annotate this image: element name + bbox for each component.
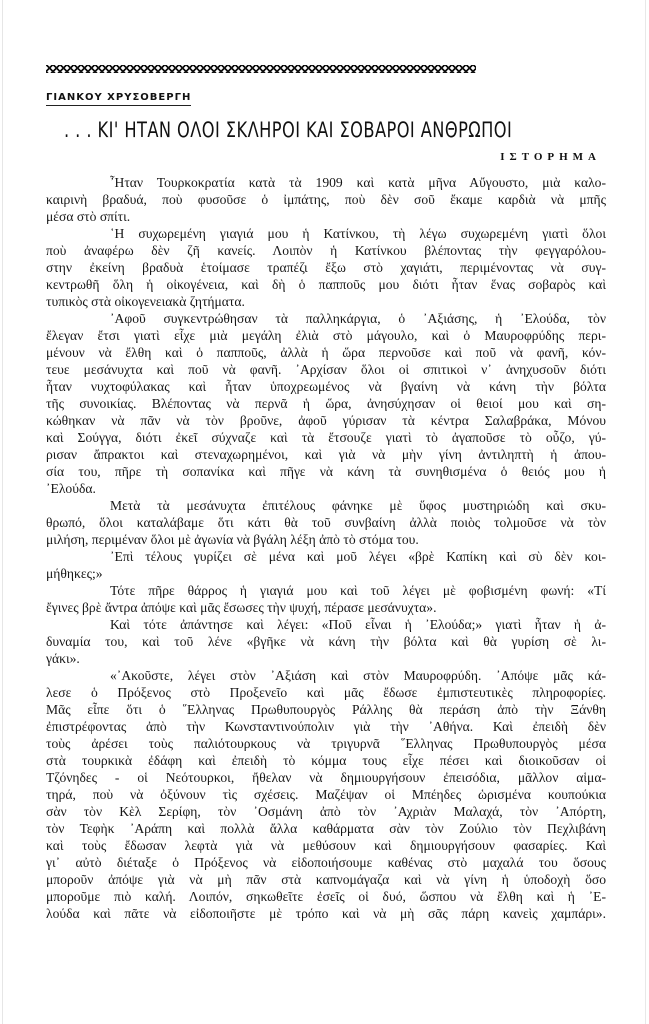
text-line: σία του, πῆρε τὴ σοπανίκα καὶ πῆγε νὰ κά… [46,463,606,480]
text-line: Καὶ τότε ἀπάντησε καὶ λέγει: «Ποῦ εἶναι … [46,616,606,633]
genre-label: ΙΣΤΟΡΗΜΑ [500,151,601,163]
text-line: στην ἐκείνη βραδυὰ ἑτοίμασε τραπέζι ἔξω … [46,259,606,276]
text-line: κώθηκαν νὰ πᾶν νὰ τὸν βροῦνε, ἀφοῦ γύρισ… [46,412,606,429]
text-line: μένουν νὰ ἔλθη καὶ ὁ παπποῦς, ἀλλὰ ἡ ὥρα… [46,344,606,361]
decorative-wave-border [46,65,476,73]
text-line: ἦταν νυχτοφύλακας καὶ ἦταν ὑποχρεωμένος … [46,378,606,395]
author-name: ΓΙΑΝΚΟΥ ΧΡΥΣΟΒΕΡΓΗ [46,92,191,106]
text-line: Μετὰ τὰ μεσάνυχτα ἐπιτέλους φάνηκε μὲ ὕφ… [46,497,606,514]
text-line: ᾿Ελούδα. [46,480,606,497]
text-line: «᾿Ακοῦστε, λέγει στὸν ᾿Αξιάση καὶ στὸν Μ… [46,667,606,684]
page-edge-right [645,0,646,1024]
text-line: μποροῦν ἀπόψε γιὰ νὰ μὴ πᾶν στὰ καπνομάγ… [46,871,606,888]
text-line: κεντρωθῆ ὅλη ἡ οἰκογένεια, καὶ δὴ ὁ παππ… [46,276,606,293]
text-line: τευε μεσάνυχτα καὶ ποῦ νὰ φανῆ. ᾿Αρχίσαν… [46,361,606,378]
story-title: . . . ΚΙ' ΗΤΑΝ ΟΛΟΙ ΣΚΛΗΡΟΙ ΚΑΙ ΣΟΒΑΡΟΙ … [64,118,511,142]
text-line: καιρινὴ βραδυά, ποὺ φυσοῦσε ὁ ἰμπάτης, π… [46,191,606,208]
text-line: τῆς συνοικίας. Βλέποντας νὰ περνᾶ ἡ ὥρα,… [46,395,606,412]
text-line: ἔλεγαν ἔτσι γιατὶ εἶχε μιὰ μεγάλη ἐλιὰ σ… [46,327,606,344]
text-line: ᾿Επὶ τέλους γυρίζει σὲ μένα καὶ μοῦ λέγε… [46,548,606,565]
text-line: ἐπιστρέφοντας ἀπὸ τὴν Κωνσταντινούπολιν … [46,718,606,735]
text-line: θρωπό, ὅλοι καταλάβαμε ὅτι κάτι θὰ τοῦ σ… [46,514,606,531]
text-line: γι᾿ αὐτὸ διέταξε ὁ Πρόξενος νὰ εἰδοποιήσ… [46,854,606,871]
text-line: ᾿Αφοῦ συγκεντρώθησαν τὰ παλληκάργια, ὁ ᾿… [46,310,606,327]
text-line: δυναμία του, καὶ τοῦ λένε «βγῆκε νὰ κάνη… [46,633,606,650]
text-line: καὶ τοὺς ἔδωσαν λεφτὰ γιὰ νὰ μεθύσουν κα… [46,837,606,854]
text-line: μέσα στὸ σπίτι. [46,208,606,225]
text-line: μήθηκες;» [46,565,606,582]
text-line: Τότε πῆρε θάρρος ἡ γιαγιά μου καὶ τοῦ λέ… [46,582,606,599]
page-edge-left [2,0,3,1024]
text-line: λούδα καὶ πᾶτε νὰ εἰδοποιῆστε μὲ τρόπο κ… [46,905,606,922]
text-line: μποροῦμε πιὸ καλή. Λοιπόν, σηκωθεῖτε ἐσε… [46,888,606,905]
text-line: τυπικὸς στὰ οἰκογενειακὰ ζητήματα. [46,293,606,310]
text-line: μιλήση, περιμέναν ὅλοι μὲ ἀγωνία νὰ βγάλ… [46,531,606,548]
text-line: τοὺς ἀρέσει τοὺς παλιότουρκους νὰ τριγυρ… [46,735,606,752]
text-line: ῾Η συχωρεμένη γιαγιά μου ἡ Κατίνκου, τὴ … [46,225,606,242]
text-line: ῏Ηταν Τουρκοκρατία κατὰ τὰ 1909 καὶ κατὰ… [46,174,606,191]
text-line: σὰν τὸν Κὲλ Σερίφη, τὸν ᾿Οσμάνη ἀπὸ τὸν … [46,803,606,820]
text-line: ἔγινες βρὲ ἄντρα ἀπόψε καὶ μᾶς ἔσωσες τὴ… [46,599,606,616]
text-line: Τζόνηδες - οἱ Νεότουρκοι, ἤθελαν νὰ δημι… [46,769,606,786]
text-line: Μᾶς εἶπε ὅτι ὁ ῞Ελληνας Πρωθυπουργὸς Ράλ… [46,701,606,718]
text-line: τὸν Τεφὴκ ᾿Αράπη καὶ πολλὰ ἄλλα καθάρματ… [46,820,606,837]
text-line: τηρά, ποὺ νὰ ὀξύνουν τὶς σχέσεις. Μαζέψα… [46,786,606,803]
text-line: γάκι». [46,650,606,667]
text-line: ρισαν ἄπρακτοι καὶ στεναχωρημένοι, καὶ γ… [46,446,606,463]
story-body: ῏Ηταν Τουρκοκρατία κατὰ τὰ 1909 καὶ κατὰ… [46,174,606,922]
text-line: καὶ Σούγγα, διότι ἐκεῖ σύχναζε καὶ τὰ ἔτ… [46,429,606,446]
text-line: λεσε ὁ Πρόξενος στὸ Προξενεῖο καὶ μᾶς ἔδ… [46,684,606,701]
text-line: ποὺ ἀναφέρω δὲν ζῆ κανείς. Λοιπὸν ἡ Κατί… [46,242,606,259]
text-line: στὰ τουρκικὰ ἐδάφη καὶ ἐπειδὴ τὸ κόμμα τ… [46,752,606,769]
